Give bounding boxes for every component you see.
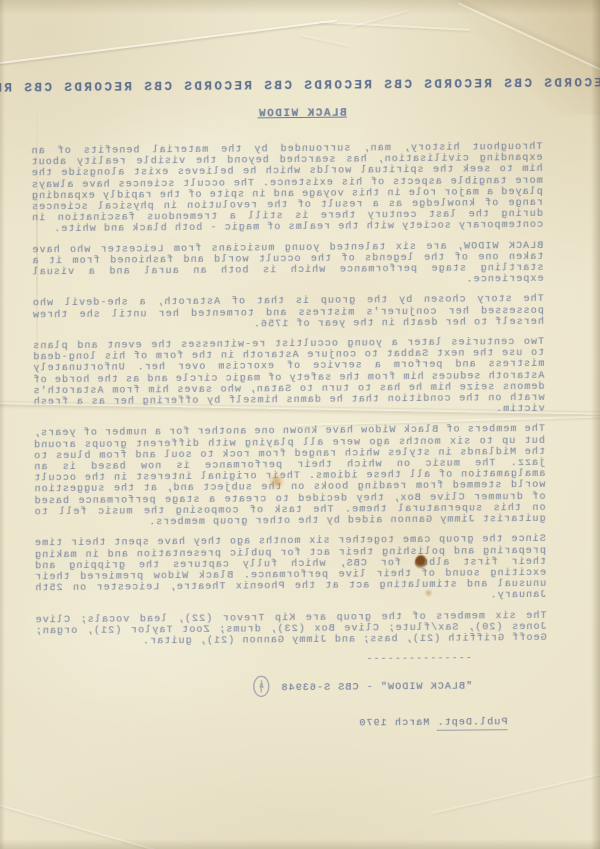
circled-annotation-icon <box>252 676 270 702</box>
paragraph: The story chosen by the group is that of… <box>32 294 544 332</box>
catalog-line: "BLACK WIDOW" - CBS S-63948 <box>35 674 472 704</box>
catalog-text: "BLACK WIDOW" - CBS S-63948 <box>281 682 473 695</box>
body-text-column: Throughout history, man, surrounded by t… <box>31 142 548 704</box>
document-photo: CBS RECORDS CBS RECORDS CBS RECORDS CBS … <box>0 0 600 849</box>
vertical-crease <box>36 100 38 400</box>
paragraph: Since the group came together six months… <box>34 534 547 606</box>
paragraph: Two centuries later a young occultist re… <box>32 337 545 420</box>
page-edge-left <box>0 0 5 849</box>
mirrored-text-layer: CBS RECORDS CBS RECORDS CBS RECORDS CBS … <box>0 0 600 849</box>
footer-department: Publ.Dept. <box>437 717 508 730</box>
footer-line: Publ.Dept. March 1970 <box>358 717 507 729</box>
paragraph: The six members of the group are Kip Tre… <box>35 610 547 648</box>
page-edge-right <box>591 0 600 849</box>
corner-shadow-top-right <box>450 0 600 115</box>
paragraph: Throughout history, man, surrounded by t… <box>31 142 544 236</box>
page-edge-bottom <box>0 839 600 849</box>
page-edge-top <box>0 0 600 14</box>
dashed-separator: --------------- <box>35 654 472 669</box>
paragraph: The members of Black Widow have known on… <box>33 424 546 529</box>
footer-date: March 1970 <box>358 718 436 730</box>
paragraph: BLACK WIDOW, are six talented young musi… <box>31 240 543 289</box>
